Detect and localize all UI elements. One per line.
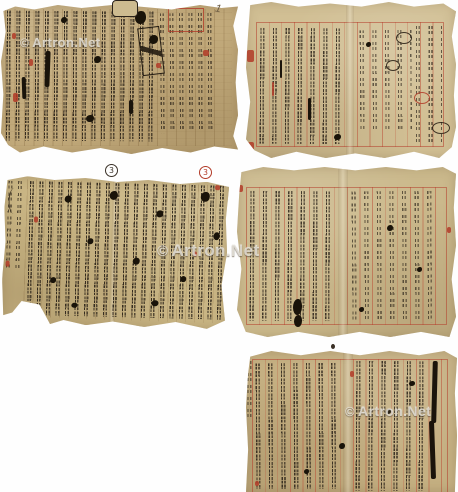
ink-blob-large: [294, 315, 302, 327]
red-stamp-box: [168, 8, 204, 32]
watermark-text: Artron.Net: [358, 403, 431, 419]
oval-annotation: [396, 32, 412, 44]
ink-blob: [304, 469, 309, 474]
margin-annotations: [246, 361, 253, 421]
ink-blob: [61, 17, 67, 23]
page-surface: [1, 5, 238, 154]
manuscript-page-bottom-right: [246, 351, 457, 492]
underline-bar: [280, 60, 282, 78]
fold-crease: [346, 2, 354, 158]
watermark-text: Artron.Net: [32, 35, 100, 50]
margin-bracket: [8, 188, 20, 214]
ink-blob-large: [293, 299, 302, 315]
redaction-bar: [22, 77, 27, 99]
circled-page-number: 3: [105, 164, 118, 177]
handwriting-columns: [248, 191, 335, 322]
manuscript-photo: 3 3 1 © Artron.Net © Artron.Net © Artron…: [0, 0, 458, 492]
red-underline: [272, 82, 274, 96]
correction-mark: [12, 33, 16, 39]
artron-logo-icon: ©: [157, 243, 168, 260]
correction-mark: [34, 216, 38, 222]
oval-annotation: [386, 60, 400, 71]
page-surface: [237, 167, 456, 337]
ink-blob: [94, 56, 101, 63]
correction-mark: [156, 63, 161, 68]
circled-page-number-red: 3: [199, 166, 212, 179]
fold-crease: [338, 167, 348, 337]
artron-logo-icon: ©: [345, 404, 355, 419]
ink-blob: [334, 134, 341, 140]
correction-mark: [29, 59, 33, 66]
watermark: © Artron.Net: [157, 241, 260, 261]
small-ink-mark: [331, 344, 335, 349]
handwriting-columns: [350, 191, 439, 324]
correction-mark: [350, 371, 354, 377]
ink-blob: [359, 307, 364, 312]
handwriting-columns: [254, 363, 341, 490]
margin-red-scribble: [238, 185, 243, 192]
ink-blob: [417, 267, 422, 272]
watermark: © Artron.Net: [20, 35, 101, 50]
ink-blob: [409, 381, 415, 386]
oval-annotation-red: [414, 92, 430, 104]
manuscript-page-middle-right: [237, 167, 456, 337]
artron-logo-icon: ©: [20, 36, 29, 50]
manuscript-page-top-right: [246, 2, 456, 158]
correction-mark: [215, 185, 220, 190]
page-surface: [246, 2, 456, 158]
watermark-text: Artron.Net: [171, 241, 259, 261]
underline-bar: [308, 98, 311, 120]
handwriting-columns: [354, 361, 431, 492]
correction-mark: [13, 93, 18, 102]
correction-mark: [447, 227, 451, 233]
correction-mark: [6, 261, 10, 267]
handwriting-columns: [258, 28, 345, 145]
correction-mark: [203, 50, 209, 56]
page-surface: [246, 351, 457, 492]
oval-annotation: [432, 122, 450, 134]
manuscript-page-top-left: [1, 5, 238, 154]
ink-blob: [339, 443, 345, 449]
margin-red-scribble: [247, 50, 254, 62]
redaction-bar: [129, 100, 133, 114]
ink-blob: [86, 115, 94, 122]
margin-red-scribble: [248, 142, 254, 150]
ink-blob: [366, 42, 371, 47]
ink-blob: [387, 225, 393, 231]
paper-slip: [112, 0, 138, 17]
ink-blob: [71, 303, 77, 308]
handwriting-columns: [5, 10, 158, 141]
correction-mark: [255, 481, 259, 486]
watermark: © Artron.Net: [345, 403, 431, 419]
